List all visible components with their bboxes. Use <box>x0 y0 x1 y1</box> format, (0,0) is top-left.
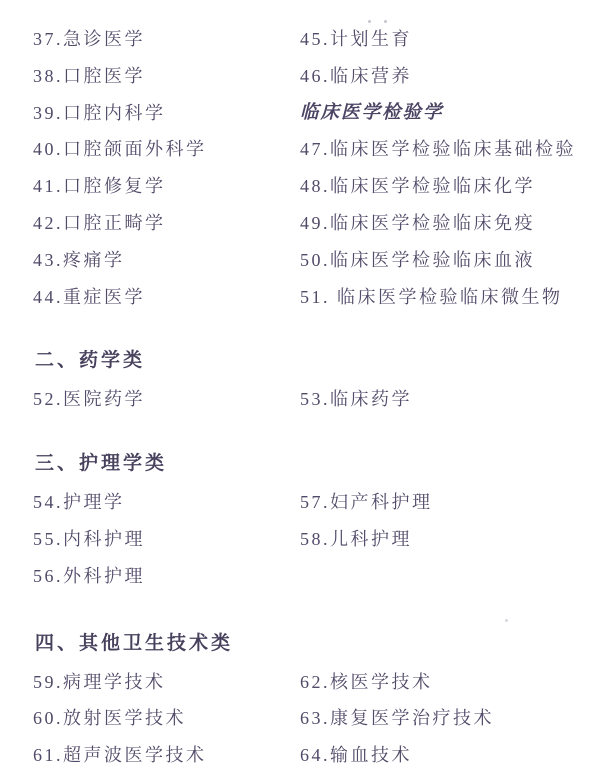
list-item-right: 45.计划生育 <box>300 29 600 49</box>
scan-speck <box>368 20 371 23</box>
list-item-right: 47.临床医学检验临床基础检验 <box>300 139 600 159</box>
list-row: 39.口腔内科学临床医学检验学 <box>33 103 600 140</box>
list-item-left: 37.急诊医学 <box>33 29 300 49</box>
list-item-right: 46.临床营养 <box>300 66 600 86</box>
section-header: 四、其他卫生技术类 <box>35 633 600 655</box>
scan-speck <box>384 20 387 23</box>
list-row: 54.护理学57.妇产科护理 <box>33 492 600 529</box>
list-item-right: 64.输血技术 <box>300 745 600 765</box>
list-item-right: 51. 临床医学检验临床微生物 <box>300 287 600 307</box>
list-row: 60.放射医学技术63.康复医学治疗技术 <box>33 708 600 745</box>
list-item-right: 49.临床医学检验临床免疫 <box>300 213 600 233</box>
section-header: 三、护理学类 <box>35 453 600 475</box>
list-row: 56.外科护理 <box>33 566 600 603</box>
section-other-health-tech: 四、其他卫生技术类59.病理学技术62.核医学技术60.放射医学技术63.康复医… <box>33 633 600 777</box>
section-header: 二、药学类 <box>35 350 600 372</box>
list-item-left: 60.放射医学技术 <box>33 708 300 728</box>
list-item-left: 55.内科护理 <box>33 529 300 549</box>
list-row: 43.疼痛学50.临床医学检验临床血液 <box>33 250 600 287</box>
list-item-right: 63.康复医学治疗技术 <box>300 708 600 728</box>
list-item-left: 52.医院药学 <box>33 389 300 409</box>
list-item-left: 44.重症医学 <box>33 287 300 307</box>
list-row: 61.超声波医学技术64.输血技术 <box>33 745 600 777</box>
list-item-right: 53.临床药学 <box>300 389 600 409</box>
list-item-left: 42.口腔正畸学 <box>33 213 300 233</box>
list-item-left: 39.口腔内科学 <box>33 103 300 123</box>
list-item-left: 61.超声波医学技术 <box>33 745 300 765</box>
list-row: 37.急诊医学45.计划生育 <box>33 29 600 66</box>
list-row: 42.口腔正畸学49.临床医学检验临床免疫 <box>33 213 600 250</box>
list-item-left: 40.口腔颌面外科学 <box>33 139 300 159</box>
section-clinical-medicine-continued: 37.急诊医学45.计划生育38.口腔医学46.临床营养39.口腔内科学临床医学… <box>33 29 600 323</box>
list-row: 38.口腔医学46.临床营养 <box>33 66 600 103</box>
list-row: 55.内科护理58.儿科护理 <box>33 529 600 566</box>
document-page: 37.急诊医学45.计划生育38.口腔医学46.临床营养39.口腔内科学临床医学… <box>0 0 600 777</box>
list-row: 40.口腔颌面外科学47.临床医学检验临床基础检验 <box>33 139 600 176</box>
list-row: 44.重症医学51. 临床医学检验临床微生物 <box>33 287 600 324</box>
list-item-left: 56.外科护理 <box>33 566 300 586</box>
list-item-left: 43.疼痛学 <box>33 250 300 270</box>
list-row: 41.口腔修复学48.临床医学检验临床化学 <box>33 176 600 213</box>
list-item-right: 50.临床医学检验临床血液 <box>300 250 600 270</box>
list-item-left: 54.护理学 <box>33 492 300 512</box>
list-item-right: 57.妇产科护理 <box>300 492 600 512</box>
list-item-right: 58.儿科护理 <box>300 529 600 549</box>
section-nursing: 三、护理学类54.护理学57.妇产科护理55.内科护理58.儿科护理56.外科护… <box>33 453 600 602</box>
list-item-left: 59.病理学技术 <box>33 672 300 692</box>
list-item-right: 62.核医学技术 <box>300 672 600 692</box>
subsection-header: 临床医学检验学 <box>300 103 600 123</box>
list-row: 52.医院药学53.临床药学 <box>33 389 600 426</box>
scan-speck <box>505 619 508 622</box>
sections-container: 37.急诊医学45.计划生育38.口腔医学46.临床营养39.口腔内科学临床医学… <box>33 29 600 777</box>
section-pharmacy: 二、药学类52.医院药学53.临床药学 <box>33 350 600 426</box>
list-row: 59.病理学技术62.核医学技术 <box>33 672 600 709</box>
list-item-left: 41.口腔修复学 <box>33 176 300 196</box>
list-item-left: 38.口腔医学 <box>33 66 300 86</box>
list-item-right: 48.临床医学检验临床化学 <box>300 176 600 196</box>
